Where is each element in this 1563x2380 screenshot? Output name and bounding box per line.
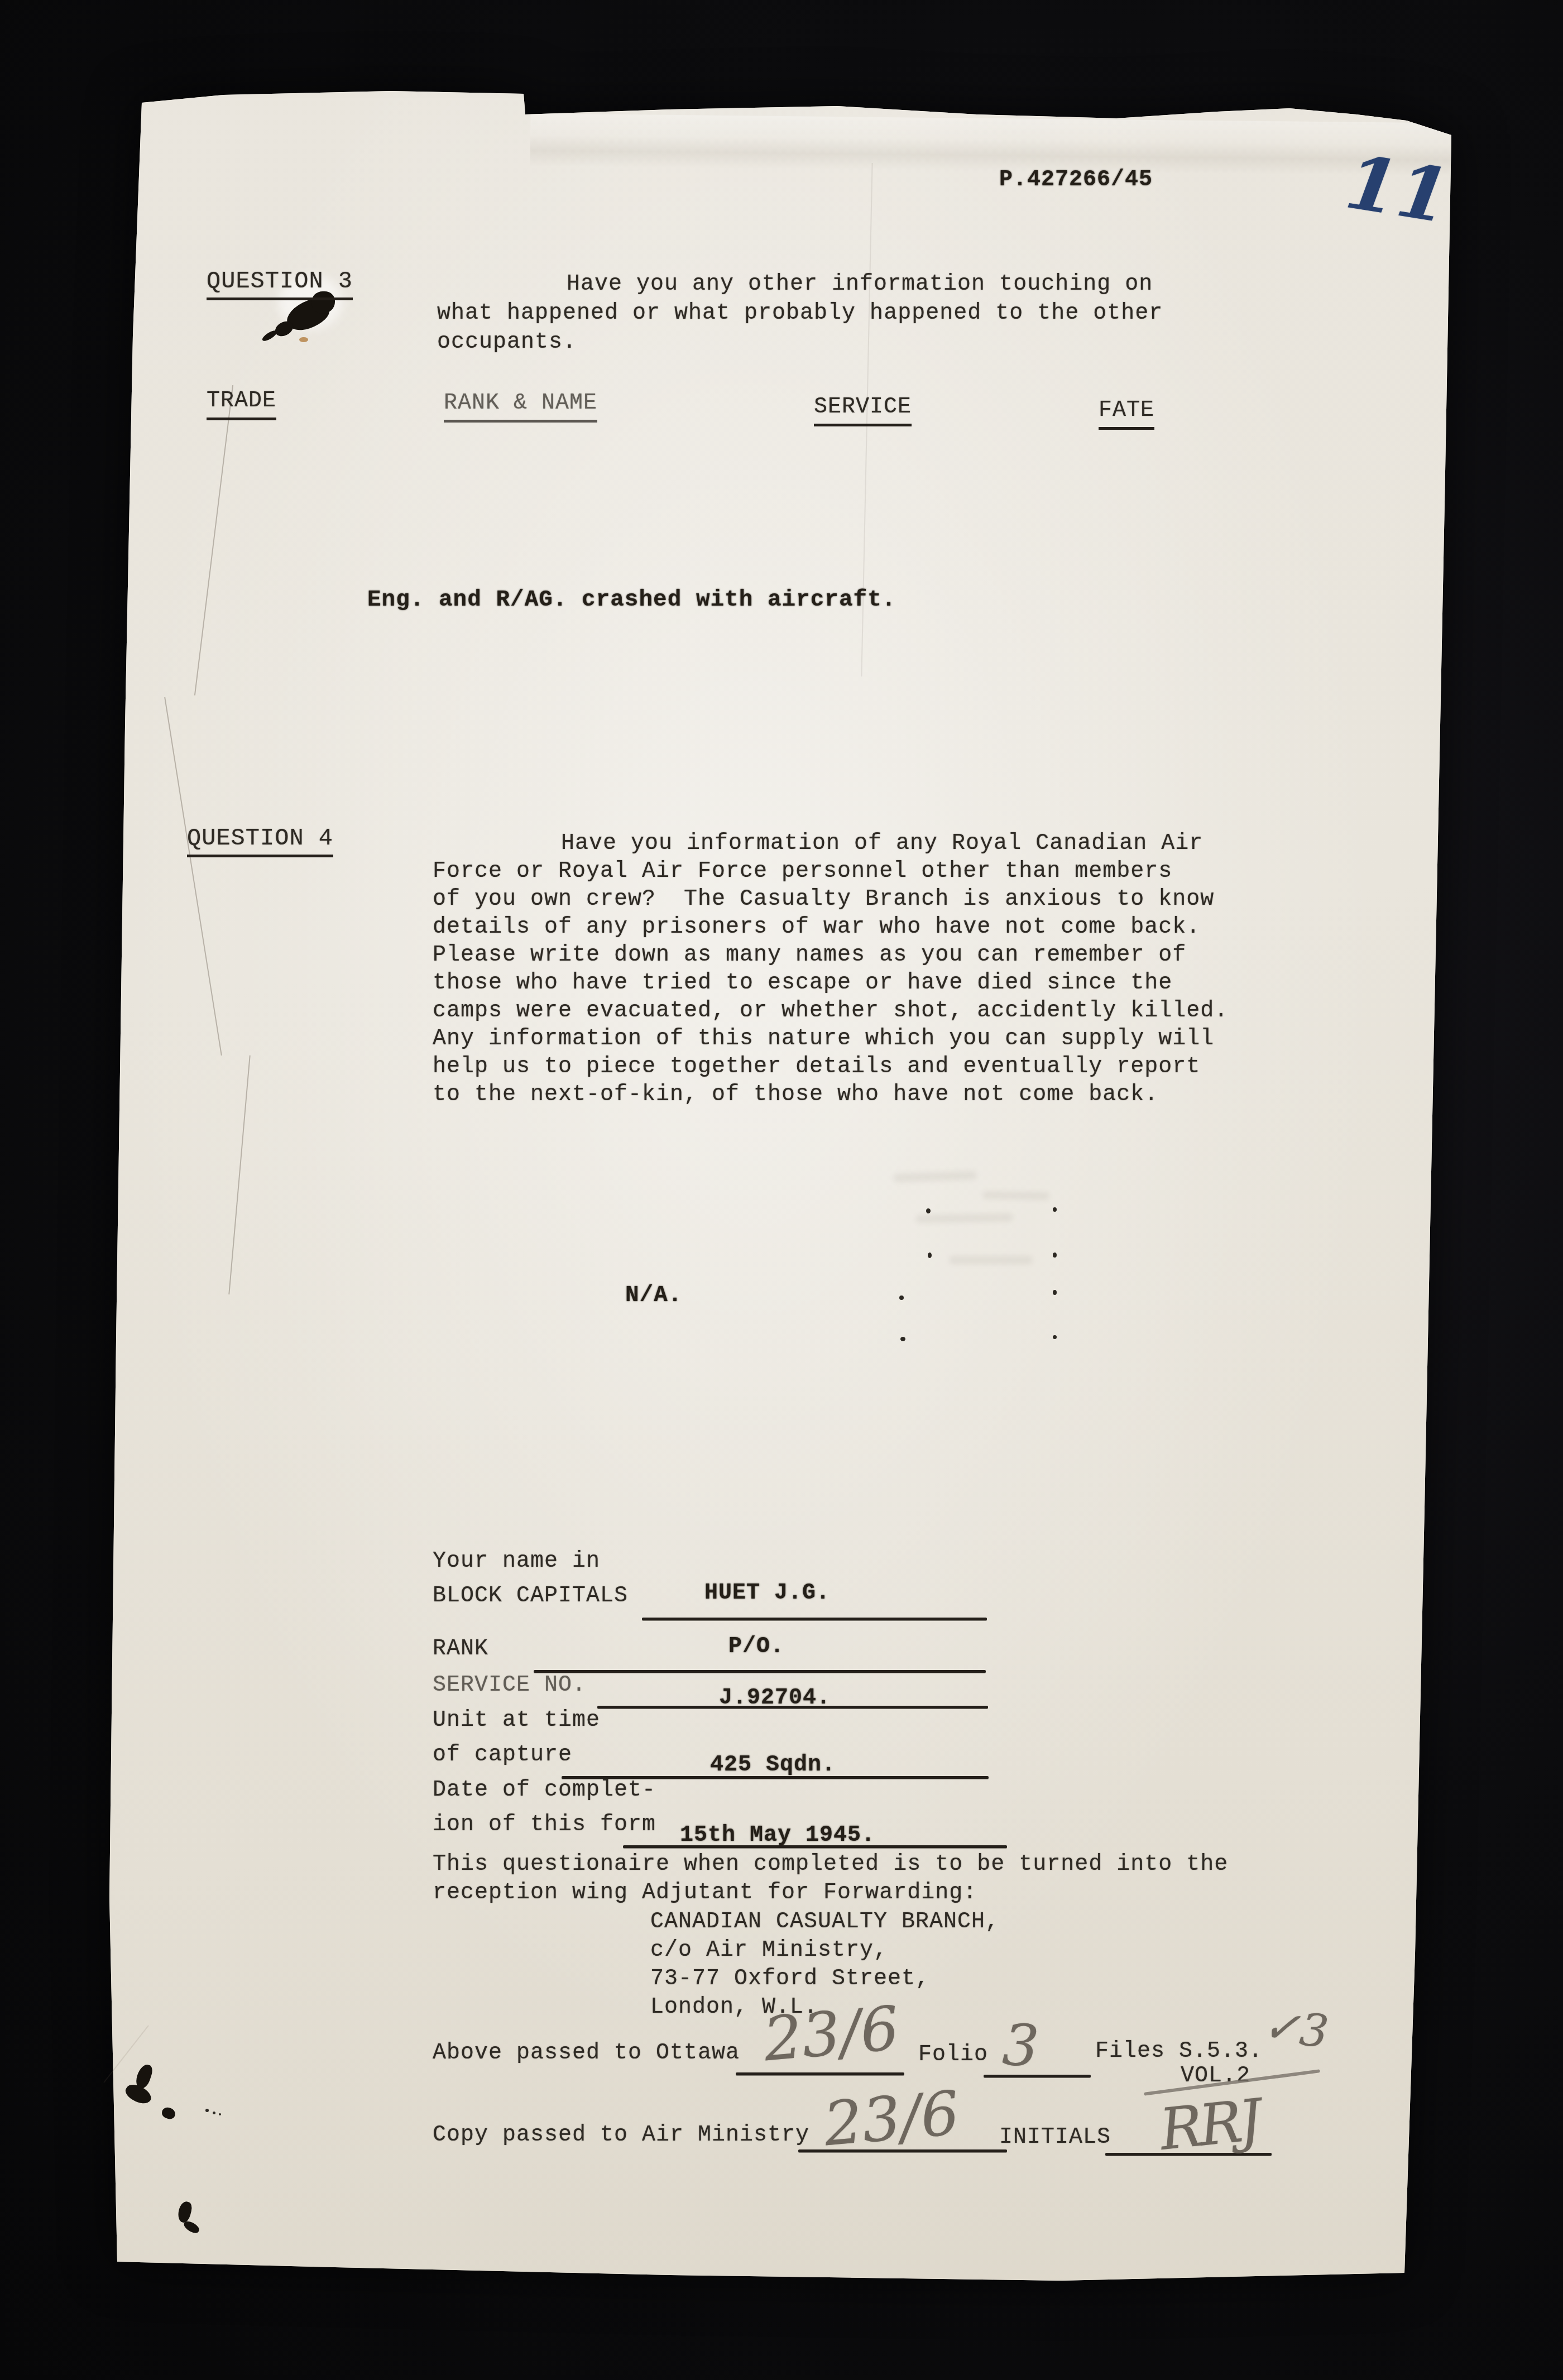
service-no-label: SERVICE NO. [433,1673,586,1698]
forwarding-address-line: c/o Air Ministry, [650,1938,888,1964]
rank-label: RANK [433,1637,488,1662]
ink-speck [926,1208,931,1213]
ottawa-field-underline [736,2072,904,2075]
date-label-line2: ion of this form [433,1812,656,1838]
forwarding-address-line: CANADIAN CASUALTY BRANCH, [650,1909,999,1935]
question3-answer: Eng. and R/AG. crashed with aircraft. [367,587,896,613]
ink-speck [1053,1253,1057,1258]
question3-text-line: what happened or what probably happened … [437,301,1163,327]
ink-speck [1053,1335,1057,1339]
reference-number: P.427266/45 [999,167,1153,193]
initials-label: INITIALS [999,2125,1111,2151]
name-field-underline [642,1618,987,1620]
question4-text-line: help us to piece together details and ev… [433,1054,1200,1080]
ink-speck [205,2109,209,2112]
question4-text-line: to the next-of-kin, of those who have no… [433,1082,1158,1108]
question4-text-line: Any information of this nature which you… [433,1026,1214,1052]
date-field-value: 15th May 1945. [680,1823,875,1849]
ghost-smudge [915,1213,1013,1223]
rank-field-underline [534,1670,986,1673]
forwarding-instruction-line2: reception wing Adjutant for Forwarding: [433,1880,977,1906]
question4-text-line: of you own crew? The Casualty Branch is … [433,887,1214,913]
column-header-rank-name: RANK & NAME [444,391,597,423]
question4-answer: N/A. [625,1283,682,1308]
handwritten-page-number: 11 [1340,139,1455,241]
ink-speck [213,2112,215,2114]
unit-label-line1: Unit at time [433,1708,600,1734]
date-label-line1: Date of complet- [433,1778,656,1803]
forwarding-instruction-line1: This questionaire when completed is to b… [433,1852,1228,1878]
ink-speck [1053,1207,1057,1212]
ink-speck [219,2113,221,2115]
ghost-smudge [949,1256,1033,1264]
handwritten-folio-number: 3 [1001,2012,1041,2080]
ink-speck [899,1295,904,1300]
unit-label-line2: of capture [433,1743,572,1768]
files-label: Files S.5.3. [1095,2039,1263,2065]
name-label-line1: Your name in [433,1549,600,1575]
question3-text-line: Have you any other information touching … [567,272,1153,297]
handwritten-ottawa-date: 23/6 [761,1994,902,2075]
ottawa-label: Above passed to Ottawa [433,2041,740,2066]
folio-label: Folio [918,2042,988,2068]
question4-text-line: details of any prisoners of war who have… [433,915,1200,941]
question4-label: QUESTION 4 [187,826,333,857]
paper-fold-crease [530,113,1457,176]
question4-text-line: those who have tried to escape or have d… [433,971,1172,996]
question3-label: QUESTION 3 [207,268,353,300]
column-header-trade: TRADE [207,388,276,420]
name-label-line2: BLOCK CAPITALS [433,1584,628,1609]
name-field-value: HUET J.G. [704,1581,830,1606]
question3-text-line: occupants. [437,330,577,356]
unit-field-value: 425 Sqdn. [710,1753,836,1778]
ghost-smudge [982,1191,1049,1200]
ink-speck-orange [299,337,308,342]
scanned-document-page: P.427266/45 11 QUESTION 3 Have you any o… [0,0,1563,2380]
ink-speck [1053,1290,1057,1295]
column-header-service: SERVICE [814,395,912,426]
forwarding-address-line: 73-77 Oxford Street, [650,1966,929,1992]
question4-text-line: camps were evacuated, or whether shot, a… [433,999,1228,1024]
air-ministry-label: Copy passed to Air Ministry [433,2123,809,2148]
question4-text-line: Force or Royal Air Force personnel other… [433,859,1172,885]
handwritten-files-note: ✓3 [1260,1999,1331,2058]
question4-text-line: Have you information of any Royal Canadi… [561,831,1203,857]
question4-text-line: Please write down as many names as you c… [433,943,1186,968]
rank-field-value: P/O. [728,1634,784,1660]
service-no-field-value: J.92704. [719,1686,831,1711]
handwritten-air-ministry-date: 23/6 [821,2079,962,2160]
column-header-fate: FATE [1099,398,1154,430]
handwritten-initials-signature: RRJ [1157,2087,1262,2163]
ink-speck [900,1337,905,1341]
ink-speck [928,1253,932,1258]
